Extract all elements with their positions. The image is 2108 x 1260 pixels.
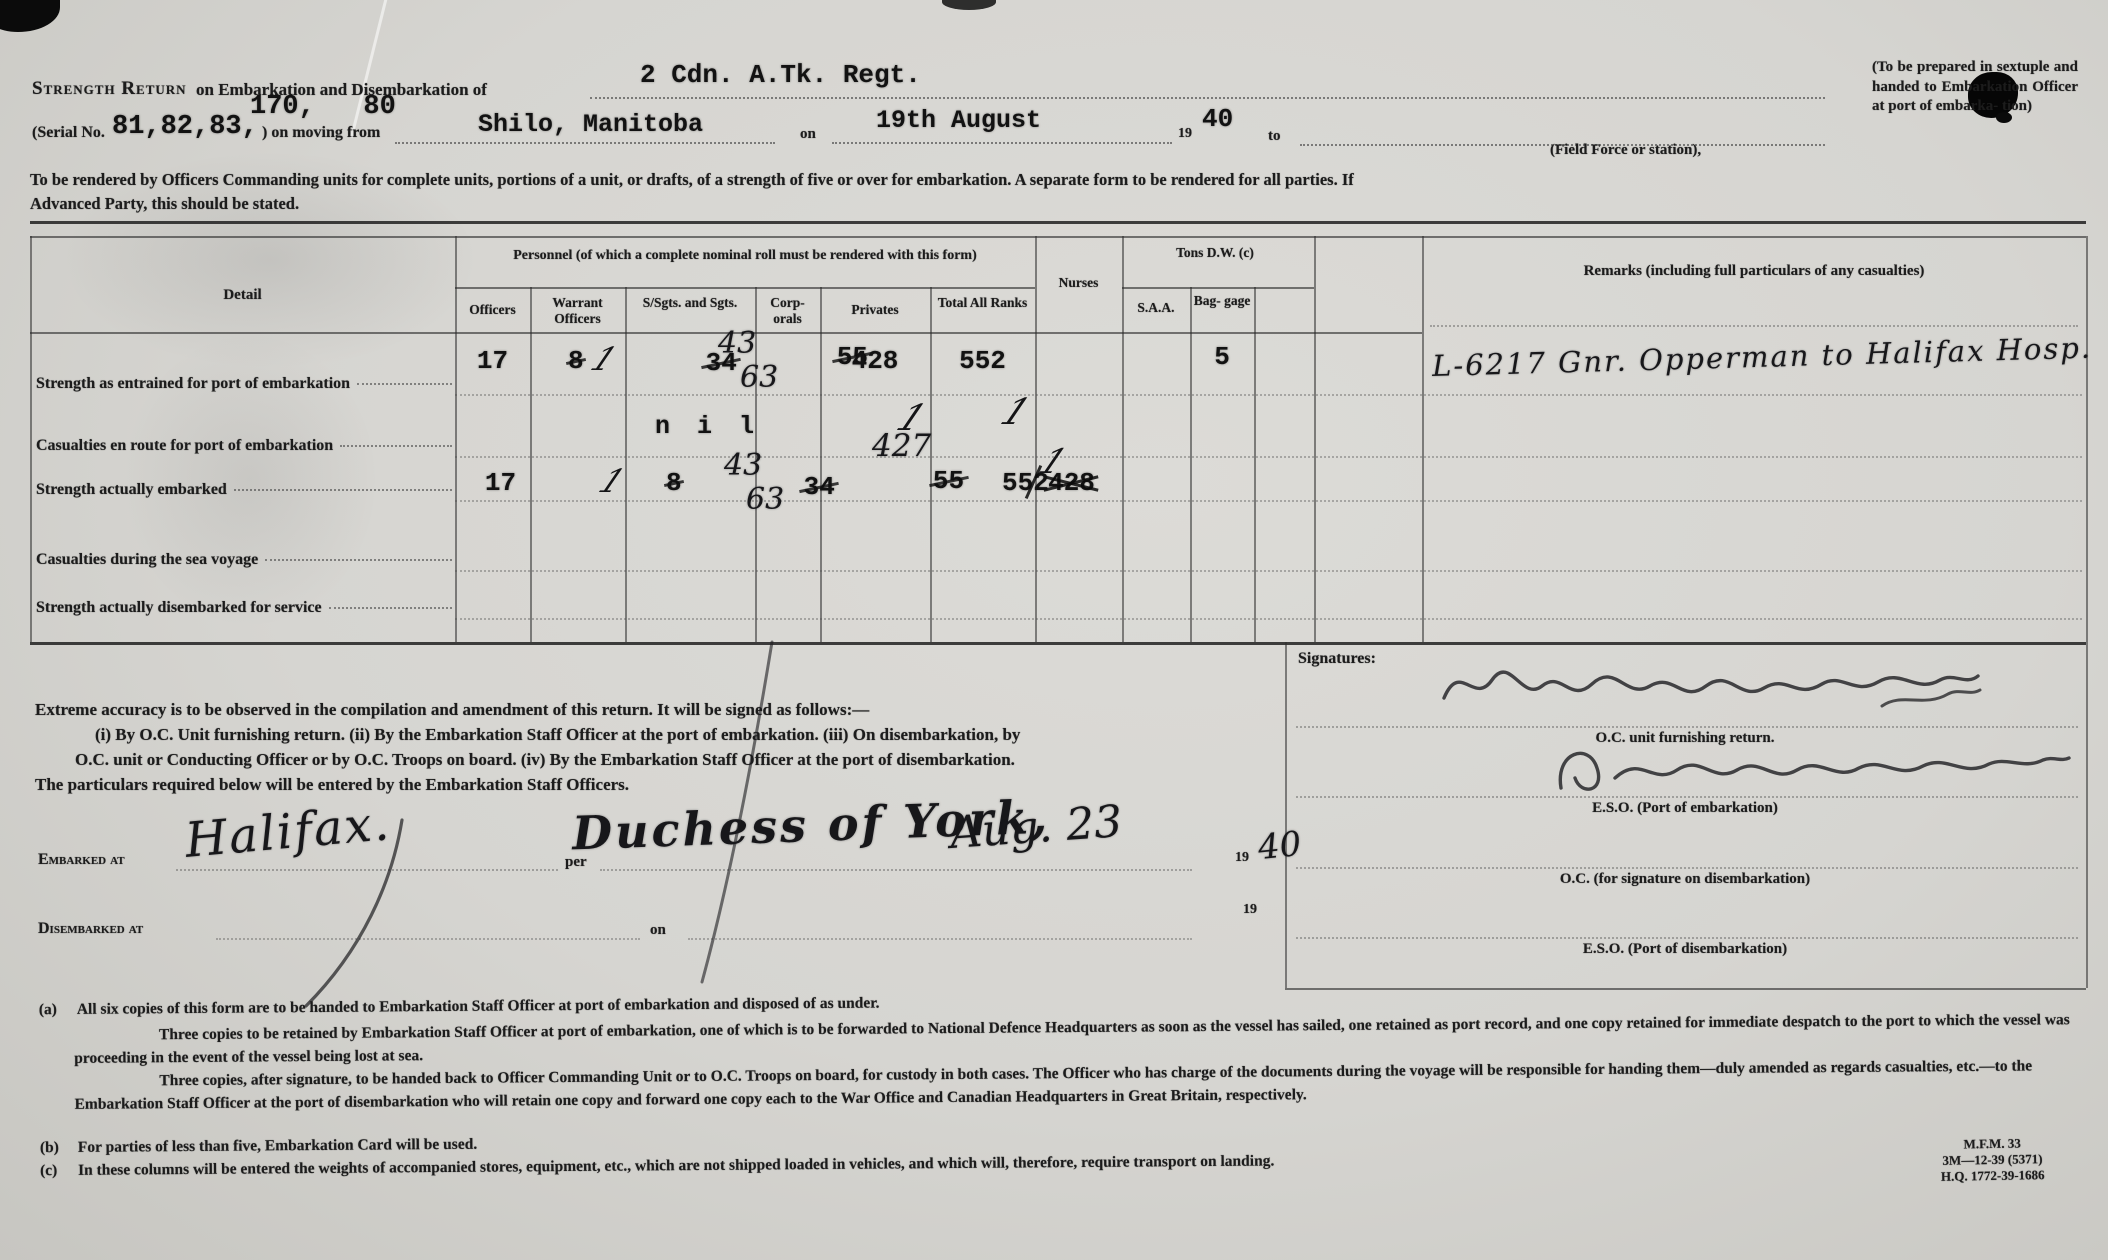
form-number-stamp: M.F.M. 33 3M—12-39 (5371) H.Q. 1772-39-1… (1895, 1134, 2091, 1185)
scanned-strength-return-form: Strength Return on Embarkation and Disem… (0, 0, 2108, 1260)
note-c-label: (c) (40, 1162, 57, 1180)
stamp-line-3: H.Q. 1772-39-1686 (1895, 1166, 2090, 1185)
footnotes-block: (a) All six copies of this form are to b… (0, 0, 2108, 1260)
note-a-label: (a) (39, 1001, 57, 1019)
note-b-label: (b) (40, 1139, 59, 1157)
